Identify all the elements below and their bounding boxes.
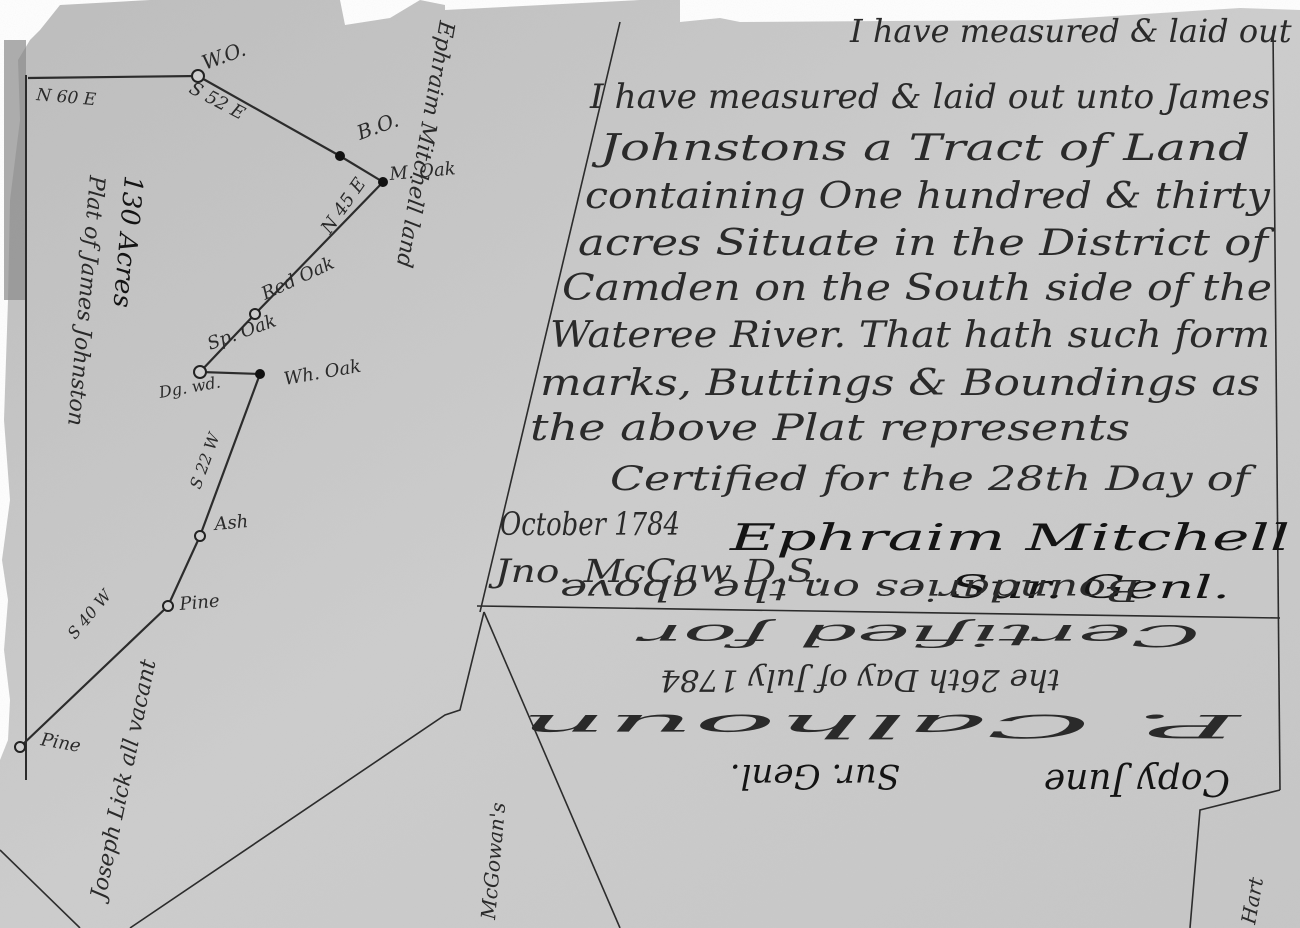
svg-text:I have measured & laid out unt: I have measured & laid out unto James <box>849 12 1300 50</box>
svg-text:Copy June: Copy June <box>1044 761 1230 802</box>
svg-text:Pine: Pine <box>178 591 221 616</box>
svg-text:the above Plat represents: the above Plat represents <box>530 408 1130 449</box>
svg-text:Camden on the South side of th: Camden on the South side of the <box>562 268 1272 309</box>
svg-text:acres Situate in the District: acres Situate in the District of <box>578 223 1275 264</box>
svg-text:P. Calhoun: P. Calhoun <box>520 707 1244 745</box>
svg-text:Boundaries on the above: Boundaries on the above <box>560 572 1142 607</box>
svg-text:the 26th Day of July 1784: the 26th Day of July 1784 <box>660 662 1060 697</box>
svg-text:Johnstons a Tract of Land: Johnstons a Tract of Land <box>590 128 1250 169</box>
svg-text:marks, Buttings & Boundings as: marks, Buttings & Boundings as <box>540 363 1260 404</box>
scanned-plat-document: W.O. S 52 E N 60 E B.O. M. Oak N 45 E Re… <box>0 0 1300 928</box>
svg-text:Ash: Ash <box>212 511 250 535</box>
svg-text:Certified for the 28th Day of: Certified for the 28th Day of <box>610 459 1257 499</box>
svg-text:Wateree River. That hath such: Wateree River. That hath such form <box>550 315 1270 356</box>
svg-text:containing One hundred & thirt: containing One hundred & thirty <box>585 176 1271 217</box>
svg-text:Sur. Genl.: Sur. Genl. <box>730 756 900 796</box>
svg-text:October 1784: October 1784 <box>500 505 680 543</box>
svg-text:I have measured & laid out unt: I have measured & laid out unto James <box>589 77 1270 117</box>
svg-text:Certified for: Certified for <box>635 617 1200 652</box>
left-edge-shadow <box>4 40 26 300</box>
